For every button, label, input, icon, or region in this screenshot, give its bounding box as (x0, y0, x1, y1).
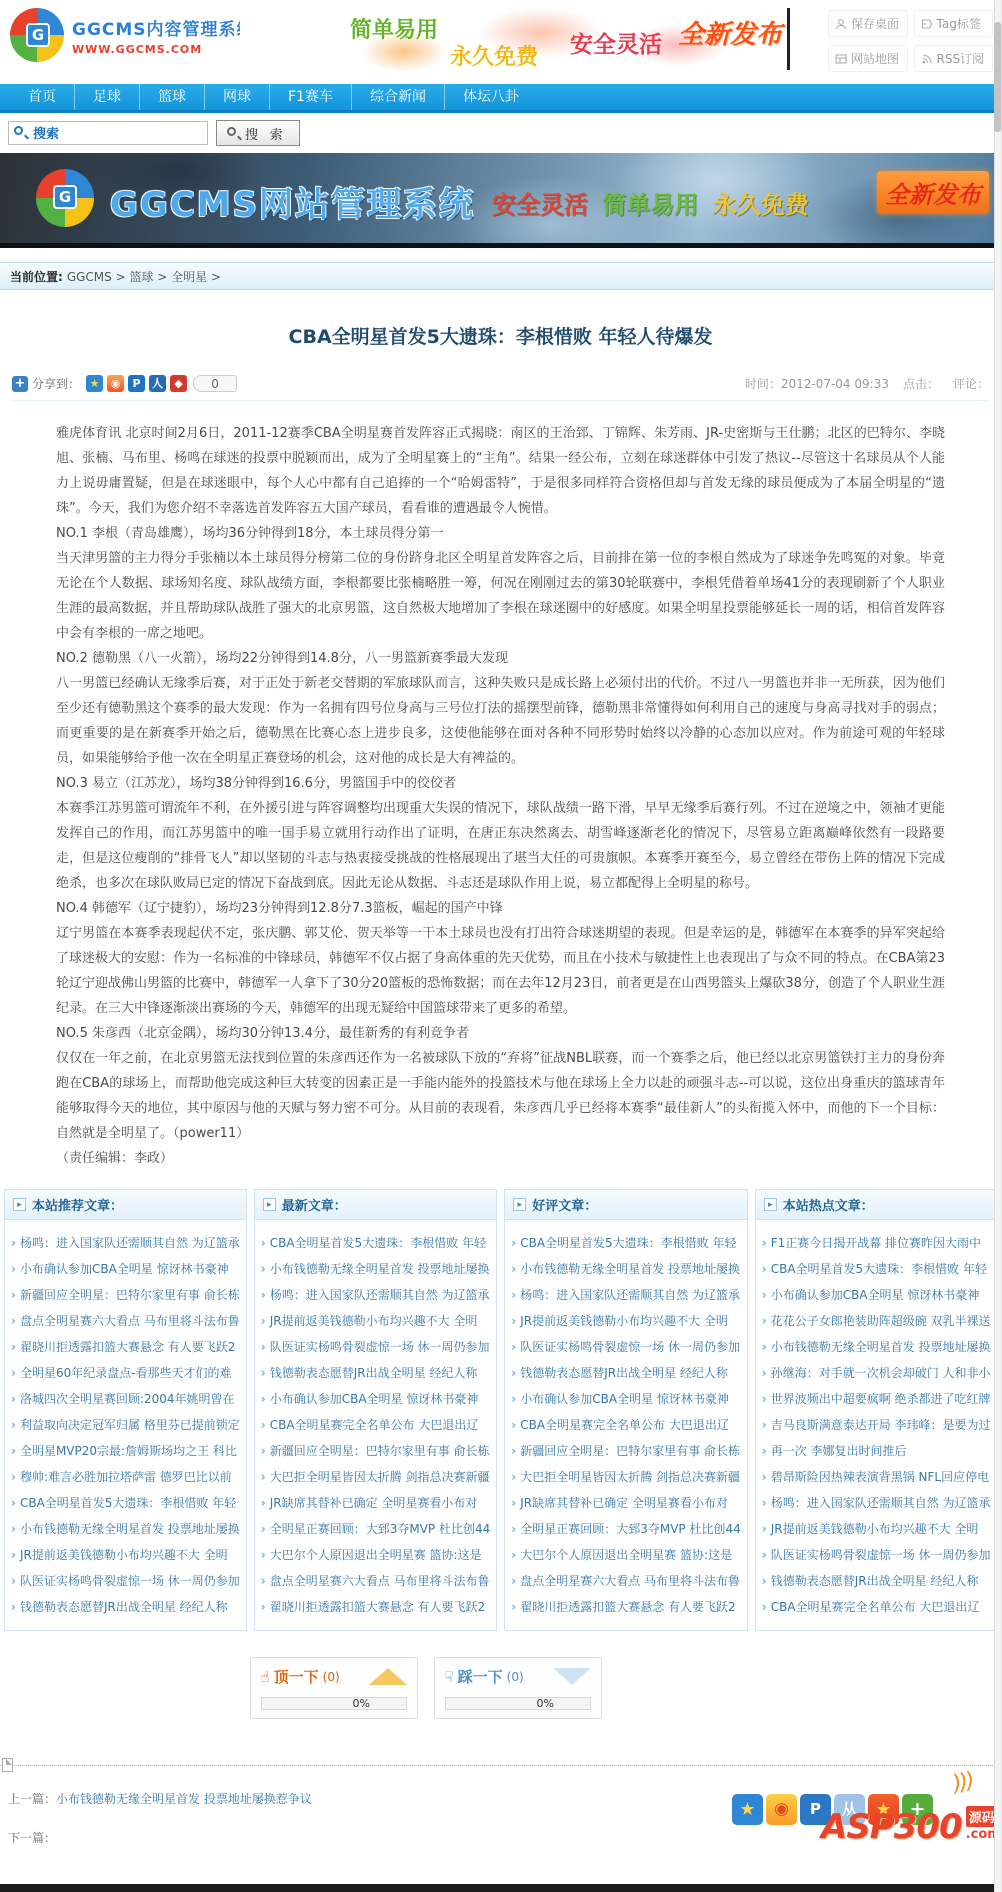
search-row: 搜 索 (0, 113, 1001, 153)
save-desktop-link[interactable]: 保存桌面 (828, 10, 908, 37)
list-arrow-icon: ▸ (13, 1198, 26, 1211)
item-arrow-icon: › (762, 1548, 767, 1562)
list-item: ›小布确认参加CBA全明星 惊讶林书豪神 (261, 1386, 490, 1412)
nav-item[interactable]: 篮球 (140, 84, 205, 110)
search-button-icon (227, 127, 236, 136)
article-link[interactable]: 全明星60年纪录盘点-看那些天才们的难 (20, 1366, 232, 1380)
list-item: ›JR缺席其替补已确定 全明星赛看小布对 (511, 1490, 740, 1516)
article-paragraph: 仅仅在一年之前，在北京男篮无法找到位置的朱彦西还作为一名被球队下放的“弃将”征战… (56, 1046, 945, 1146)
article-clicks: 点击： (903, 375, 939, 392)
list-item: ›杨鸣：进入国家队还需顺其自然 为辽篮承 (762, 1490, 991, 1516)
column-title: 本站推荐文章： (32, 1195, 123, 1214)
list-item: ›大巴尔个人原因退出全明星赛 篮协:这是 (511, 1542, 740, 1568)
vote-down-bar (445, 1697, 591, 1710)
article-link[interactable]: 钱德勒表态愿替JR出战全明星 经纪人称 (520, 1366, 728, 1380)
list-item: ›小布确认参加CBA全明星 惊讶林书豪神 (11, 1256, 240, 1282)
article-link[interactable]: 再一次 李娜复出时间推后 (771, 1444, 907, 1458)
breadcrumb-label: 当前位置: (10, 268, 63, 285)
article-link[interactable]: 穆帅:难言必胜加拉塔萨雷 德罗巴比以前 (20, 1470, 232, 1484)
list-item: ›大巴尔个人原因退出全明星赛 篮协:这是 (261, 1542, 490, 1568)
scrollbar-thumb[interactable] (994, 22, 1001, 132)
nav-item[interactable]: 首页 (10, 84, 75, 110)
list-item: ›钱德勒表态愿替JR出战全明星 经纪人称 (11, 1594, 240, 1620)
qzone-share-icon[interactable]: ★ (86, 375, 103, 392)
search-button[interactable]: 搜 索 (216, 120, 300, 146)
list-item: ›全明星60年纪录盘点-看那些天才们的难 (11, 1360, 240, 1386)
article-time: 时间：2012-07-04 09:33 (745, 375, 889, 392)
item-arrow-icon: › (11, 1600, 16, 1614)
tag-icon (921, 18, 933, 30)
item-arrow-icon: › (261, 1392, 266, 1406)
article-paragraph: NO.1 李根（青岛雄鹰），场均36分钟得到18分，本土球员得分第一 (56, 521, 945, 546)
article-link[interactable]: 盘点全明星赛六大看点 马布里将斗法布鲁 (520, 1574, 740, 1588)
item-arrow-icon: › (511, 1600, 516, 1614)
list-item: ›世界波频出中超要疯啊 绝杀都进了吃红牌 (762, 1386, 991, 1412)
article-link[interactable]: 翟晓川拒透露扣篮大赛悬念 有人要飞跃2 (270, 1600, 485, 1614)
article-link[interactable]: 队医证实杨鸣骨裂虚惊一场 休一周仍参加 (520, 1340, 740, 1354)
vote-up-label: 顶一下 (274, 1666, 319, 1687)
item-arrow-icon: › (762, 1262, 767, 1276)
sina-weibo-share-icon[interactable]: ◉ (107, 375, 124, 392)
vote-down-count: (0) (507, 1670, 524, 1684)
item-arrow-icon: › (11, 1470, 16, 1484)
item-arrow-icon: › (762, 1600, 767, 1614)
list-item: ›小布确认参加CBA全明星 惊讶林书豪神 (762, 1282, 991, 1308)
article-link[interactable]: 杨鸣：进入国家队还需顺其自然 为辽篮承 (270, 1288, 490, 1302)
item-arrow-icon: › (11, 1522, 16, 1536)
list-item: ›小布确认参加CBA全明星 惊讶林书豪神 (511, 1386, 740, 1412)
list-item: ›新疆回应全明星：巴特尔家里有事 俞长栋 (261, 1438, 490, 1464)
tencent-weibo-share-icon[interactable]: P (128, 375, 145, 392)
article-link[interactable]: CBA全明星首发5大遗珠：李根惜败 年轻 (520, 1236, 736, 1250)
scrollbar[interactable] (994, 0, 1001, 1892)
article-link[interactable]: 利益取向决定冠军归属 格里芬已提前锁定 (20, 1418, 240, 1432)
banner-title: GGCMS网站管理系统 (110, 177, 475, 226)
list-arrow-icon: ▸ (513, 1198, 526, 1211)
article-paragraph: 雅虎体育讯 北京时间2月6日，2011-12赛季CBA全明星赛首发阵容正式揭晓：… (56, 421, 945, 521)
list-item: ›再一次 李娜复出时间推后 (762, 1438, 991, 1464)
rss-link[interactable]: RSS订阅 (914, 45, 994, 72)
list-item: ›杨鸣：进入国家队还需顺其自然 为辽篮承 (511, 1282, 740, 1308)
list-item: ›CBA全明星赛完全名单公布 大巴退出辽 (511, 1412, 740, 1438)
list-item: ›盘点全明星赛六大看点 马布里将斗法布鲁 (261, 1568, 490, 1594)
nav-item[interactable]: F1赛车 (270, 84, 352, 110)
item-arrow-icon: › (261, 1314, 266, 1328)
list-item: ›CBA全明星首发5大遗珠：李根惜败 年轻 (261, 1230, 490, 1256)
article-link[interactable]: 翟晓川拒透露扣篮大赛悬念 有人要飞跃2 (520, 1600, 735, 1614)
list-item: ›新疆回应全明星：巴特尔家里有事 俞长栋 (511, 1438, 740, 1464)
item-arrow-icon: › (261, 1366, 266, 1380)
article-link[interactable]: 新疆回应全明星：巴特尔家里有事 俞长栋 (520, 1444, 740, 1458)
window-bottom-bar (0, 1884, 1001, 1892)
item-arrow-icon: › (511, 1340, 516, 1354)
renren-share-icon[interactable]: 人 (149, 375, 166, 392)
nav-item[interactable]: 足球 (75, 84, 140, 110)
search-box (8, 121, 208, 145)
share-count[interactable]: 0 (193, 375, 237, 392)
top-links: 保存桌面 Tag标签 网站地图 RSS订阅 (828, 10, 993, 72)
article-link[interactable]: 小布确认参加CBA全明星 惊讶林书豪神 (771, 1288, 980, 1302)
article-link[interactable]: JR提前返美钱德勒小布均兴趣不大 全明 (20, 1548, 228, 1562)
item-arrow-icon: › (762, 1444, 767, 1458)
banner-tag-easy: 简单易用 (602, 191, 698, 219)
article-link[interactable]: CBA全明星赛完全名单公布 大巴退出辽 (520, 1418, 729, 1432)
share-row: + 分享到： ★ ◉ P 人 ◆ 0 时间：2012-07-04 09:33 点… (12, 375, 989, 401)
article-link[interactable]: 小布钱德勒无缘全明星首发 投票地址屡换 (520, 1262, 740, 1276)
item-arrow-icon: › (261, 1574, 266, 1588)
vote-up-percent: 0% (353, 1697, 370, 1710)
item-arrow-icon: › (11, 1392, 16, 1406)
list-item: ›小布钱德勒无缘全明星首发 投票地址屡换 (762, 1334, 991, 1360)
article-link[interactable]: JR缺席其替补已确定 全明星赛看小布对 (270, 1496, 478, 1510)
list-item: ›CBA全明星首发5大遗珠：李根惜败 年轻 (11, 1490, 240, 1516)
item-arrow-icon: › (762, 1288, 767, 1302)
item-arrow-icon: › (511, 1496, 516, 1510)
list-item: ›吉马良斯满意泰达开局 李玮峰：是要为过 (762, 1412, 991, 1438)
sitemap-icon (835, 53, 847, 65)
banner-tag-safe: 安全灵活 (492, 191, 588, 219)
item-arrow-icon: › (762, 1392, 767, 1406)
article-link[interactable]: 全明星正赛回顾：大郅3夺MVP 杜比创44 (270, 1522, 491, 1536)
main-nav: 首页足球篮球网球F1赛车综合新闻体坛八卦 (0, 84, 1001, 113)
list-item: ›JR提前返美钱德勒小布均兴趣不大 全明 (762, 1516, 991, 1542)
list-item: ›CBA全明星赛完全名单公布 大巴退出辽 (261, 1412, 490, 1438)
article-link[interactable]: 大巴尔个人原因退出全明星赛 篮协:这是 (520, 1548, 732, 1562)
article-link[interactable]: JR提前返美钱德勒小布均兴趣不大 全明 (771, 1522, 979, 1536)
list-item: ›利益取向决定冠军归属 格里芬已提前锁定 (11, 1412, 240, 1438)
item-arrow-icon: › (261, 1444, 266, 1458)
vote-section: ☝ 顶一下 (0) 0% ☟ 踩一下 (0) 0% (0, 1639, 1001, 1737)
article-link[interactable]: 全明星正赛回顾：大郅3夺MVP 杜比创44 (520, 1522, 741, 1536)
breadcrumb-path[interactable]: GGCMS > 篮球 > 全明星 > (67, 268, 221, 285)
logo-icon: G (10, 8, 64, 62)
list-arrow-icon: ▸ (263, 1198, 276, 1211)
article-paragraph: 当天津男篮的主力得分手张楠以本土球员得分榜第二位的身份跻身北区全明星首发阵容之后… (56, 546, 945, 646)
article-link[interactable]: 杨鸣：进入国家队还需顺其自然 为辽篮承 (20, 1236, 240, 1250)
list-item: ›队医证实杨鸣骨裂虚惊一场 休一周仍参加 (762, 1542, 991, 1568)
list-item: ›洛城四次全明星赛回顾:2004年姚明曾在 (11, 1386, 240, 1412)
thumb-down-icon: ☟ (445, 1668, 454, 1686)
article-link[interactable]: 钱德勒表态愿替JR出战全明星 经纪人称 (20, 1600, 228, 1614)
search-input[interactable] (8, 121, 208, 145)
item-arrow-icon: › (511, 1262, 516, 1276)
nav-item[interactable]: 体坛八卦 (445, 84, 537, 110)
list-item: ›F1正赛今日揭开战幕 排位赛昨因大雨中 (762, 1230, 991, 1256)
list-arrow-icon: ▸ (764, 1198, 777, 1211)
prev-label: 上一篇： (8, 1792, 56, 1806)
article-body: 雅虎体育讯 北京时间2月6日，2011-12赛季CBA全明星赛首发阵容正式揭晓：… (8, 407, 993, 1181)
article-link[interactable]: CBA全明星赛完全名单公布 大巴退出辽 (771, 1600, 980, 1614)
promo-safe: 安全灵活 (570, 26, 662, 59)
article-link[interactable]: 吉马良斯满意泰达开局 李玮峰：是要为过 (771, 1418, 991, 1432)
article-link[interactable]: 全明星MVP20宗最:詹姆斯场均之王 科比 (20, 1444, 237, 1458)
article-link[interactable]: 孙继海：对手就一次机会却破门 人和非小 (771, 1366, 991, 1380)
article-link[interactable]: 小布钱德勒无缘全明星首发 投票地址屡换 (771, 1340, 991, 1354)
promo-easy: 简单易用 (350, 13, 438, 44)
list-item: ›钱德勒表态愿替JR出战全明星 经纪人称 (511, 1360, 740, 1386)
article-link[interactable]: CBA全明星首发5大遗珠：李根惜败 年轻 (270, 1236, 486, 1250)
article-link[interactable]: CBA全明星赛完全名单公布 大巴退出辽 (270, 1418, 479, 1432)
item-arrow-icon: › (511, 1366, 516, 1380)
nav-item[interactable]: 网球 (205, 84, 270, 110)
list-item: ›翟晓川拒透露扣篮大赛悬念 有人要飞跃2 (261, 1594, 490, 1620)
item-arrow-icon: › (11, 1314, 16, 1328)
list-item: ›钱德勒表态愿替JR出战全明星 经纪人称 (762, 1568, 991, 1594)
banner-logo-icon: G (36, 169, 94, 227)
item-arrow-icon: › (511, 1470, 516, 1484)
list-item: ›JR缺席其替补已确定 全明星赛看小布对 (261, 1490, 490, 1516)
article-paragraph: 辽宁男篮在本赛季表现起伏不定，张庆鹏、郭艾伦、贺天举等一干本土球员也没有打出符合… (56, 921, 945, 1021)
banner-divider (0, 243, 1001, 248)
list-item: ›大巴拒全明星皆因太折腾 剑指总决赛新疆 (511, 1464, 740, 1490)
article-link[interactable]: 大巴拒全明星皆因太折腾 剑指总决赛新疆 (520, 1470, 740, 1484)
vote-up-count: (0) (323, 1670, 340, 1684)
list-item: ›孙继海：对手就一次机会却破门 人和非小 (762, 1360, 991, 1386)
item-arrow-icon: › (261, 1262, 266, 1276)
item-arrow-icon: › (762, 1522, 767, 1536)
vote-up-button[interactable]: ☝ 顶一下 (0) 0% (250, 1657, 418, 1719)
list-item: ›花花公子女郎艳装助阵超级碗 双乳半裸送 (762, 1308, 991, 1334)
list-item: ›碧昂斯险因热辣表演背黑锅 NFL回应停电 (762, 1464, 991, 1490)
sitemap-link[interactable]: 网站地图 (828, 45, 908, 72)
column-title: 好评文章： (532, 1195, 597, 1214)
related-columns: ▸本站推荐文章： ›杨鸣：进入国家队还需顺其自然 为辽篮承›小布确认参加CBA全… (0, 1181, 1001, 1639)
breadcrumb: 当前位置: GGCMS > 篮球 > 全明星 > (0, 262, 1001, 290)
vote-down-label: 踩一下 (458, 1666, 503, 1687)
article-link[interactable]: 杨鸣：进入国家队还需顺其自然 为辽篮承 (771, 1496, 991, 1510)
list-item: ›杨鸣：进入国家队还需顺其自然 为辽篮承 (11, 1230, 240, 1256)
tianya-share-icon[interactable]: ◆ (170, 375, 187, 392)
latest-articles-box: ▸最新文章： ›CBA全明星首发5大遗珠：李根惜败 年轻›小布钱德勒无缘全明星首… (254, 1189, 497, 1631)
article-paragraph: NO.5 朱彦西（北京金隅），场均30分钟13.4分，最佳新秀的有利竞争者 (56, 1021, 945, 1046)
article-link[interactable]: CBA全明星首发5大遗珠：李根惜败 年轻 (771, 1262, 987, 1276)
article-comments: 评论： (953, 375, 989, 392)
list-item: ›队医证实杨鸣骨裂虚惊一场 休一周仍参加 (261, 1334, 490, 1360)
article-link[interactable]: 大巴拒全明星皆因太折腾 剑指总决赛新疆 (270, 1470, 490, 1484)
item-arrow-icon: › (11, 1236, 16, 1250)
list-item: ›队医证实杨鸣骨裂虚惊一场 休一周仍参加 (11, 1568, 240, 1594)
item-arrow-icon: › (11, 1548, 16, 1562)
item-arrow-icon: › (11, 1418, 16, 1432)
item-arrow-icon: › (511, 1522, 516, 1536)
list-item: ›小布钱德勒无缘全明星首发 投票地址屡换 (261, 1256, 490, 1282)
triangle-down-icon (553, 1668, 591, 1685)
article-link[interactable]: JR缺席其替补已确定 全明星赛看小布对 (520, 1496, 728, 1510)
article-paragraph: NO.4 韩德军（辽宁捷豹），场均23分钟得到12.8分7.3篮板，崛起的国产中… (56, 896, 945, 921)
article-link[interactable]: 世界波频出中超要疯啊 绝杀都进了吃红牌 (771, 1392, 991, 1406)
list-item: ›CBA全明星首发5大遗珠：李根惜败 年轻 (762, 1256, 991, 1282)
list-item: ›全明星MVP20宗最:詹姆斯场均之王 科比 (11, 1438, 240, 1464)
triangle-up-icon (369, 1668, 407, 1685)
article-link[interactable]: 盘点全明星赛六大看点 马布里将斗法布鲁 (270, 1574, 490, 1588)
pager: 上一篇：小布钱德勒无缘全明星首发 投票地址屡换惹争议 下一篇： ★ ◉ P 从 … (0, 1766, 1001, 1884)
user-icon (835, 18, 847, 30)
list-item: ›盘点全明星赛六大看点 马布里将斗法布鲁 (511, 1568, 740, 1594)
item-arrow-icon: › (11, 1340, 16, 1354)
article-link[interactable]: 新疆回应全明星：巴特尔家里有事 俞长栋 (270, 1444, 490, 1458)
list-item: ›杨鸣：进入国家队还需顺其自然 为辽篮承 (261, 1282, 490, 1308)
page: G GGCMS内容管理系统 WWW.GGCMS.COM 简单易用 永久免费 安全… (0, 0, 1002, 1892)
list-item: ›小布钱德勒无缘全明星首发 投票地址屡换 (11, 1516, 240, 1542)
top-rated-articles-box: ▸好评文章： ›CBA全明星首发5大遗珠：李根惜败 年轻›小布钱德勒无缘全明星首… (504, 1189, 747, 1631)
item-arrow-icon: › (762, 1314, 767, 1328)
item-arrow-icon: › (261, 1548, 266, 1562)
site-logo[interactable]: G GGCMS内容管理系统 WWW.GGCMS.COM (10, 8, 255, 62)
nav-item[interactable]: 综合新闻 (352, 84, 445, 110)
item-arrow-icon: › (762, 1574, 767, 1588)
list-item: ›CBA全明星赛完全名单公布 大巴退出辽 (762, 1594, 991, 1620)
thumb-up-icon: ☝ (261, 1668, 270, 1686)
rss-icon (921, 53, 933, 65)
article-link[interactable]: 花花公子女郎艳装助阵超级碗 双乳半裸送 (771, 1314, 991, 1328)
banner-badge: 全新发布 (877, 171, 989, 214)
article-link[interactable]: 翟晓川拒透露扣篮大赛悬念 有人要飞跃2 (20, 1340, 235, 1354)
item-arrow-icon: › (762, 1366, 767, 1380)
item-arrow-icon: › (11, 1496, 16, 1510)
article-link[interactable]: 大巴尔个人原因退出全明星赛 篮协:这是 (270, 1548, 482, 1562)
list-item: ›JR提前返美钱德勒小布均兴趣不大 全明 (11, 1542, 240, 1568)
tag-link[interactable]: Tag标签 (914, 10, 994, 37)
article-link[interactable]: F1正赛今日揭开战幕 排位赛昨因大雨中 (771, 1236, 981, 1250)
list-item: ›大巴拒全明星皆因太折腾 剑指总决赛新疆 (261, 1464, 490, 1490)
article-link[interactable]: CBA全明星首发5大遗珠：李根惜败 年轻 (20, 1496, 236, 1510)
list-item: ›翟晓川拒透露扣篮大赛悬念 有人要飞跃2 (511, 1594, 740, 1620)
article-link[interactable]: 钱德勒表态愿替JR出战全明星 经纪人称 (270, 1366, 478, 1380)
item-arrow-icon: › (11, 1288, 16, 1302)
item-arrow-icon: › (261, 1340, 266, 1354)
vote-down-button[interactable]: ☟ 踩一下 (0) 0% (434, 1657, 602, 1719)
item-arrow-icon: › (511, 1288, 516, 1302)
item-arrow-icon: › (762, 1236, 767, 1250)
article-link[interactable]: 杨鸣：进入国家队还需顺其自然 为辽篮承 (520, 1288, 740, 1302)
item-arrow-icon: › (762, 1340, 767, 1354)
list-item: ›钱德勒表态愿替JR出战全明星 经纪人称 (261, 1360, 490, 1386)
item-arrow-icon: › (762, 1470, 767, 1484)
article-link[interactable]: 小布确认参加CBA全明星 惊讶林书豪神 (20, 1262, 229, 1276)
list-item: ›翟晓川拒透露扣篮大赛悬念 有人要飞跃2 (11, 1334, 240, 1360)
share-plus-icon[interactable]: + (12, 376, 28, 392)
promo-free: 永久免费 (450, 40, 538, 71)
article-link[interactable]: JR提前返美钱德勒小布均兴趣不大 全明 (520, 1314, 728, 1328)
item-arrow-icon: › (261, 1470, 266, 1484)
header-promo-banner[interactable]: 简单易用 永久免费 安全灵活 全新发布 (240, 8, 790, 70)
item-arrow-icon: › (11, 1262, 16, 1276)
site-name: GGCMS内容管理系统 (72, 15, 255, 40)
item-arrow-icon: › (261, 1418, 266, 1432)
article-link[interactable]: 小布钱德勒无缘全明星首发 投票地址屡换 (20, 1522, 240, 1536)
qzone-icon[interactable]: ★ (732, 1794, 763, 1825)
item-arrow-icon: › (261, 1288, 266, 1302)
article-link[interactable]: 小布确认参加CBA全明星 惊讶林书豪神 (520, 1392, 729, 1406)
article-link[interactable]: 队医证实杨鸣骨裂虚惊一场 休一周仍参加 (20, 1574, 240, 1588)
next-label: 下一篇： (8, 1831, 56, 1845)
list-item: ›全明星正赛回顾：大郅3夺MVP 杜比创44 (511, 1516, 740, 1542)
list-item: ›穆帅:难言必胜加拉塔萨雷 德罗巴比以前 (11, 1464, 240, 1490)
item-arrow-icon: › (11, 1366, 16, 1380)
article-paragraph: 本赛季江苏男篮可谓流年不利，在外援引进与阵容调整均出现重大失误的情况下，球队战绩… (56, 796, 945, 896)
item-arrow-icon: › (511, 1548, 516, 1562)
share-label: 分享到： (32, 375, 80, 392)
article-paragraph: NO.2 德勒黑（八一火箭），场均22分钟得到14.8分，八一男篮新赛季最大发现 (56, 646, 945, 671)
item-arrow-icon: › (762, 1418, 767, 1432)
site-banner[interactable]: G GGCMS网站管理系统 安全灵活 简单易用 永久免费 全新发布 (0, 153, 1001, 243)
article-title: CBA全明星首发5大遗珠：李根惜败 年轻人待爆发 (8, 322, 993, 349)
article-link[interactable]: 碧昂斯险因热辣表演背黑锅 NFL回应停电 (771, 1470, 989, 1484)
site-url: WWW.GGCMS.COM (72, 43, 255, 56)
article-link[interactable]: 小布确认参加CBA全明星 惊讶林书豪神 (270, 1392, 479, 1406)
flame-icon: ))) (951, 1768, 976, 1797)
item-arrow-icon: › (511, 1236, 516, 1250)
list-item: ›盘点全明星赛六大看点 马布里将斗法布鲁 (11, 1308, 240, 1334)
list-item: ›JR提前返美钱德勒小布均兴趣不大 全明 (261, 1308, 490, 1334)
item-arrow-icon: › (261, 1236, 266, 1250)
item-arrow-icon: › (261, 1600, 266, 1614)
vote-down-percent: 0% (537, 1697, 554, 1710)
article-link[interactable]: 盘点全明星赛六大看点 马布里将斗法布鲁 (20, 1314, 240, 1328)
item-arrow-icon: › (511, 1418, 516, 1432)
article-paragraph: （责任编辑：李政） (56, 1146, 945, 1171)
list-item: ›新疆回应全明星：巴特尔家里有事 俞长栋 (11, 1282, 240, 1308)
article-paragraph: 八一男篮已经确认无缘季后赛，对于正处于新老交替期的军旅球队而言，这种失败只是成长… (56, 671, 945, 771)
top-header: G GGCMS内容管理系统 WWW.GGCMS.COM 简单易用 永久免费 安全… (0, 0, 1001, 84)
promo-new: 全新发布 (678, 14, 782, 51)
article-link[interactable]: JR提前返美钱德勒小布均兴趣不大 全明 (270, 1314, 478, 1328)
prev-article-link[interactable]: 小布钱德勒无缘全明星首发 投票地址屡换惹争议 (56, 1792, 312, 1806)
article-link[interactable]: 洛城四次全明星赛回顾:2004年姚明曾在 (20, 1392, 235, 1406)
article-link[interactable]: 队医证实杨鸣骨裂虚惊一场 休一周仍参加 (270, 1340, 490, 1354)
list-item: ›全明星正赛回顾：大郅3夺MVP 杜比创44 (261, 1516, 490, 1542)
item-arrow-icon: › (11, 1574, 16, 1588)
asp300-watermark-logo: ))) ASP300 源码 .com (821, 1774, 1001, 1852)
list-item: ›小布钱德勒无缘全明星首发 投票地址屡换 (511, 1256, 740, 1282)
item-arrow-icon: › (261, 1496, 266, 1510)
article-link[interactable]: 新疆回应全明星：巴特尔家里有事 俞长栋 (20, 1288, 240, 1302)
column-title: 最新文章： (282, 1195, 347, 1214)
sina-weibo-icon[interactable]: ◉ (766, 1794, 797, 1825)
item-arrow-icon: › (762, 1496, 767, 1510)
column-title: 本站热点文章： (783, 1195, 874, 1214)
article-paragraph: NO.3 易立（江苏龙），场均38分钟得到16.6分，男篮国手中的佼佼者 (56, 771, 945, 796)
article: CBA全明星首发5大遗珠：李根惜败 年轻人待爆发 + 分享到： ★ ◉ P 人 … (0, 322, 1001, 1181)
item-arrow-icon: › (511, 1574, 516, 1588)
hot-articles-box: ▸本站热点文章： ›F1正赛今日揭开战幕 排位赛昨因大雨中›CBA全明星首发5大… (755, 1189, 998, 1631)
article-link[interactable]: 队医证实杨鸣骨裂虚惊一场 休一周仍参加 (771, 1548, 991, 1562)
item-arrow-icon: › (511, 1314, 516, 1328)
item-arrow-icon: › (261, 1522, 266, 1536)
search-icon (14, 126, 23, 135)
recommended-articles-box: ▸本站推荐文章： ›杨鸣：进入国家队还需顺其自然 为辽篮承›小布确认参加CBA全… (4, 1189, 247, 1631)
article-link[interactable]: 小布钱德勒无缘全明星首发 投票地址屡换 (270, 1262, 490, 1276)
item-arrow-icon: › (511, 1392, 516, 1406)
item-arrow-icon: › (511, 1444, 516, 1458)
banner-tag-free: 永久免费 (713, 191, 809, 219)
list-item: ›队医证实杨鸣骨裂虚惊一场 休一周仍参加 (511, 1334, 740, 1360)
vote-up-bar (261, 1697, 407, 1710)
list-item: ›JR提前返美钱德勒小布均兴趣不大 全明 (511, 1308, 740, 1334)
article-link[interactable]: 钱德勒表态愿替JR出战全明星 经纪人称 (771, 1574, 979, 1588)
list-item: ›CBA全明星首发5大遗珠：李根惜败 年轻 (511, 1230, 740, 1256)
item-arrow-icon: › (11, 1444, 16, 1458)
